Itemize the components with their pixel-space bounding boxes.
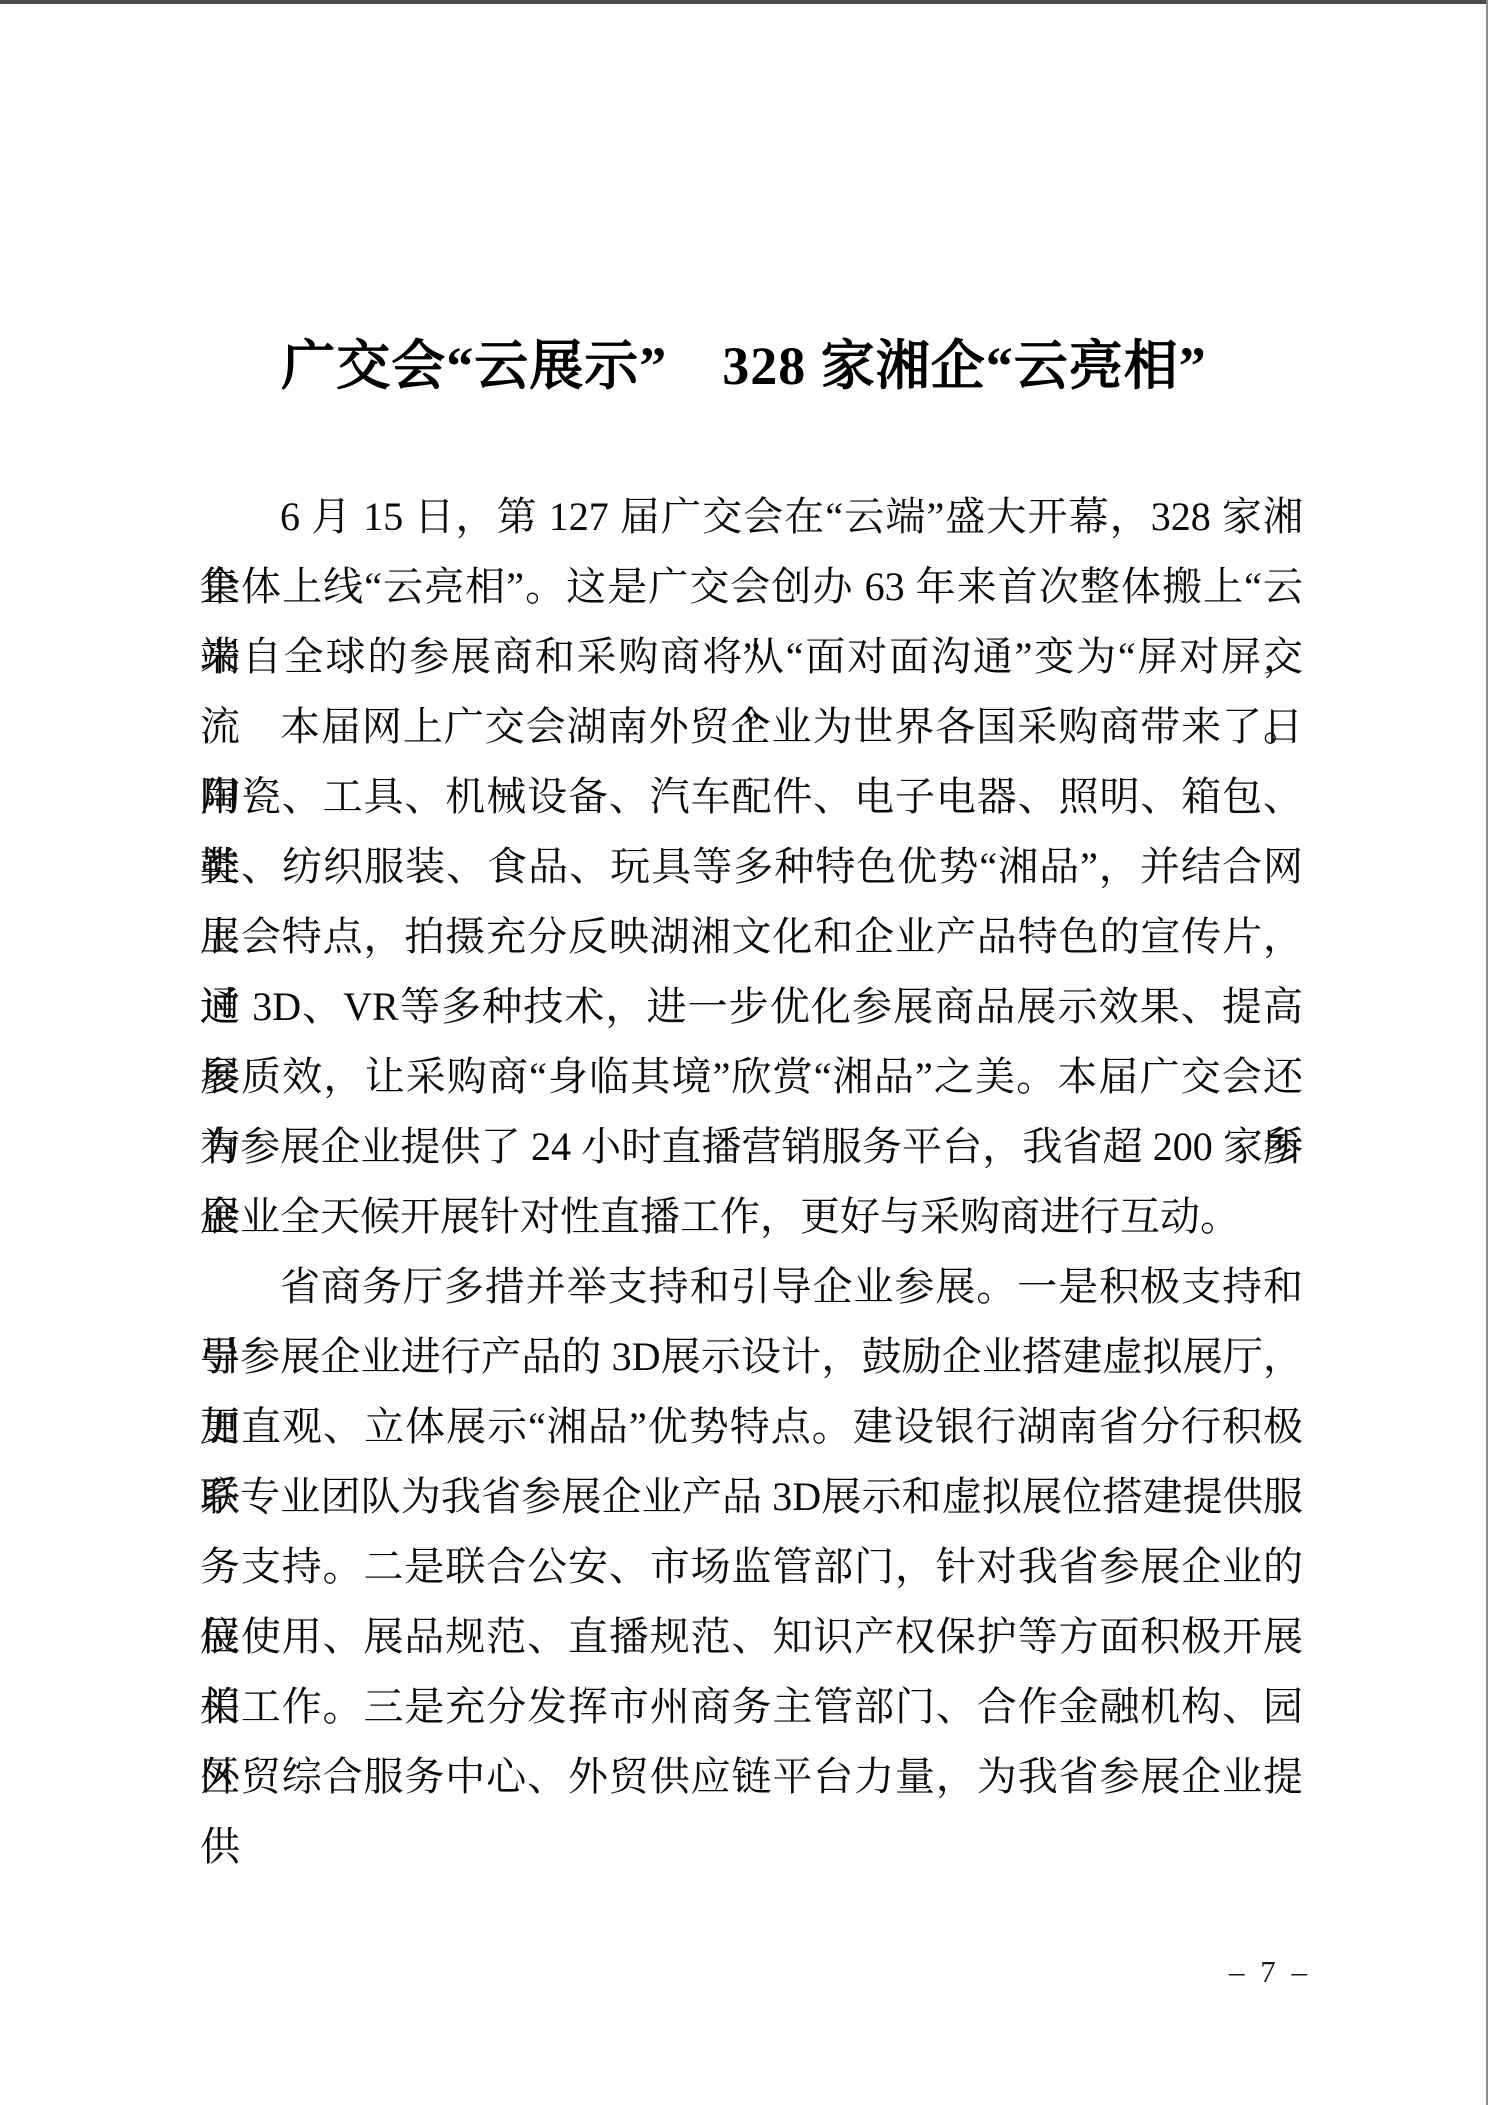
body-line: 省商务厅多措并举支持和引导企业参展。一是积极支持和引 — [200, 1252, 1303, 1322]
body-line: 展质效，让采购商“身临其境”欣赏“湘品”之美。本届广交会还为所 — [200, 1042, 1303, 1112]
body-line: 过 3D、VR等多种技术，进一步优化参展商品展示效果、提高参 — [200, 972, 1303, 1042]
body-line: 本届网上广交会湖南外贸企业为世界各国采购商带来了日用 — [200, 692, 1303, 762]
body-line: 外贸综合服务中心、外贸供应链平台力量，为我省参展企业提供 — [200, 1742, 1303, 1812]
body-line: 来自全球的参展商和采购商将从“面对面沟通”变为“屏对屏交流”。 — [200, 622, 1303, 692]
body-line: 6 月 15 日，第 127 届广交会在“云端”盛大开幕，328 家湘企 — [200, 482, 1303, 552]
page-title: 广交会“云展示” 328 家湘企“云亮相” — [0, 330, 1488, 402]
scan-top-edge — [0, 0, 1488, 4]
body-line: 展会特点，拍摄充分反映湖湘文化和企业产品特色的宣传片，通 — [200, 902, 1303, 972]
document-body: 6 月 15 日，第 127 届广交会在“云端”盛大开幕，328 家湘企集体上线… — [200, 482, 1303, 1812]
body-line: 类、纺织服装、食品、玩具等多种特色优势“湘品”，并结合网上 — [200, 832, 1303, 902]
body-line: 务支持。二是联合公安、市场监管部门，针对我省参展企业的展 — [200, 1532, 1303, 1602]
document-page: 广交会“云展示” 328 家湘企“云亮相” 6 月 15 日，第 127 届广交… — [0, 0, 1488, 2105]
page-number: – 7 – — [1200, 1952, 1340, 1992]
body-line: 导参展企业进行产品的 3D展示设计，鼓励企业搭建虚拟展厅，更 — [200, 1322, 1303, 1392]
body-line: 位使用、展品规范、直播规范、知识产权保护等方面积极开展相 — [200, 1602, 1303, 1672]
body-line: 关工作。三是充分发挥市州商务主管部门、合作金融机构、园区 — [200, 1672, 1303, 1742]
body-line: 企业全天候开展针对性直播工作，更好与采购商进行互动。 — [200, 1182, 1303, 1252]
body-line: 系专业团队为我省参展企业产品 3D展示和虚拟展位搭建提供服 — [200, 1462, 1303, 1532]
body-line: 有参展企业提供了 24 小时直播营销服务平台，我省超 200 家参展 — [200, 1112, 1303, 1182]
body-line: 陶瓷、工具、机械设备、汽车配件、电子电器、照明、箱包、鞋 — [200, 762, 1303, 832]
body-line: 集体上线“云亮相”。这是广交会创办 63 年来首次整体搬上“云端”， — [200, 552, 1303, 622]
body-line: 加直观、立体展示“湘品”优势特点。建设银行湖南省分行积极联 — [200, 1392, 1303, 1462]
